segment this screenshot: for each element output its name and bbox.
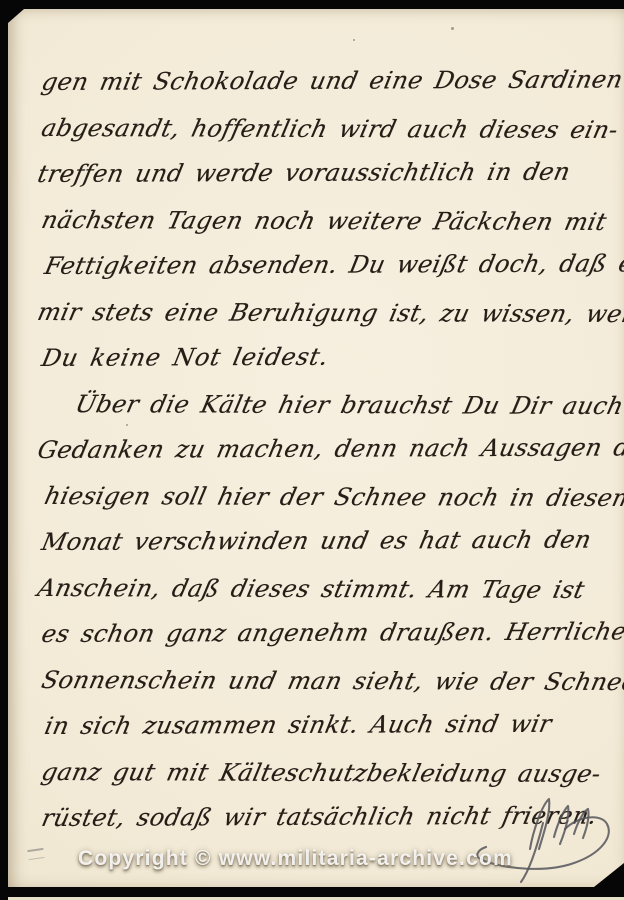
handwritten-line: nächsten Tagen noch weitere Päckchen mit — [37, 197, 623, 245]
handwritten-line: mir stets eine Beruhigung ist, zu wissen… — [33, 289, 623, 337]
handwritten-line: in sich zusammen sinkt. Auch sind wir — [40, 701, 623, 749]
handwritten-line: Monat verschwinden und es hat auch den — [37, 516, 623, 565]
handwritten-line: hiesigen soll hier der Schnee noch in di… — [40, 473, 623, 521]
dust-speck — [451, 27, 454, 30]
handwritten-line: Über die Kälte hier brauchst Du Dir auch… — [37, 381, 623, 429]
letter-body: gen mit Schokolade und eine Dose Sardine… — [42, 59, 618, 841]
dust-speck — [353, 39, 355, 41]
handwritten-line: treffen und werde voraussichtlich in den — [33, 148, 623, 197]
copyright-watermark: Copyright © www.militaria-archive.com — [78, 847, 513, 871]
dust-speck — [126, 424, 128, 426]
handwritten-line: Du keine Not leidest. — [37, 332, 623, 381]
paper-sheet: gen mit Schokolade und eine Dose Sardine… — [8, 9, 624, 887]
handwritten-line: gen mit Schokolade und eine Dose Sardine… — [37, 56, 623, 105]
pencil-mark — [27, 848, 44, 860]
handwritten-line: es schon ganz angenehm draußen. Herrlich… — [37, 608, 623, 657]
handwritten-line: Anschein, daß dieses stimmt. Am Tage ist — [33, 565, 623, 613]
handwritten-line: Fettigkeiten absenden. Du weißt doch, da… — [40, 241, 623, 289]
handwritten-line: Sonnenschein und man sieht, wie der Schn… — [37, 657, 623, 705]
handwritten-line: abgesandt, hoffentlich wird auch dieses … — [37, 105, 623, 153]
handwritten-line: Gedanken zu machen, denn nach Aussagen d… — [33, 424, 623, 473]
scanned-letter-page: gen mit Schokolade und eine Dose Sardine… — [0, 0, 624, 900]
